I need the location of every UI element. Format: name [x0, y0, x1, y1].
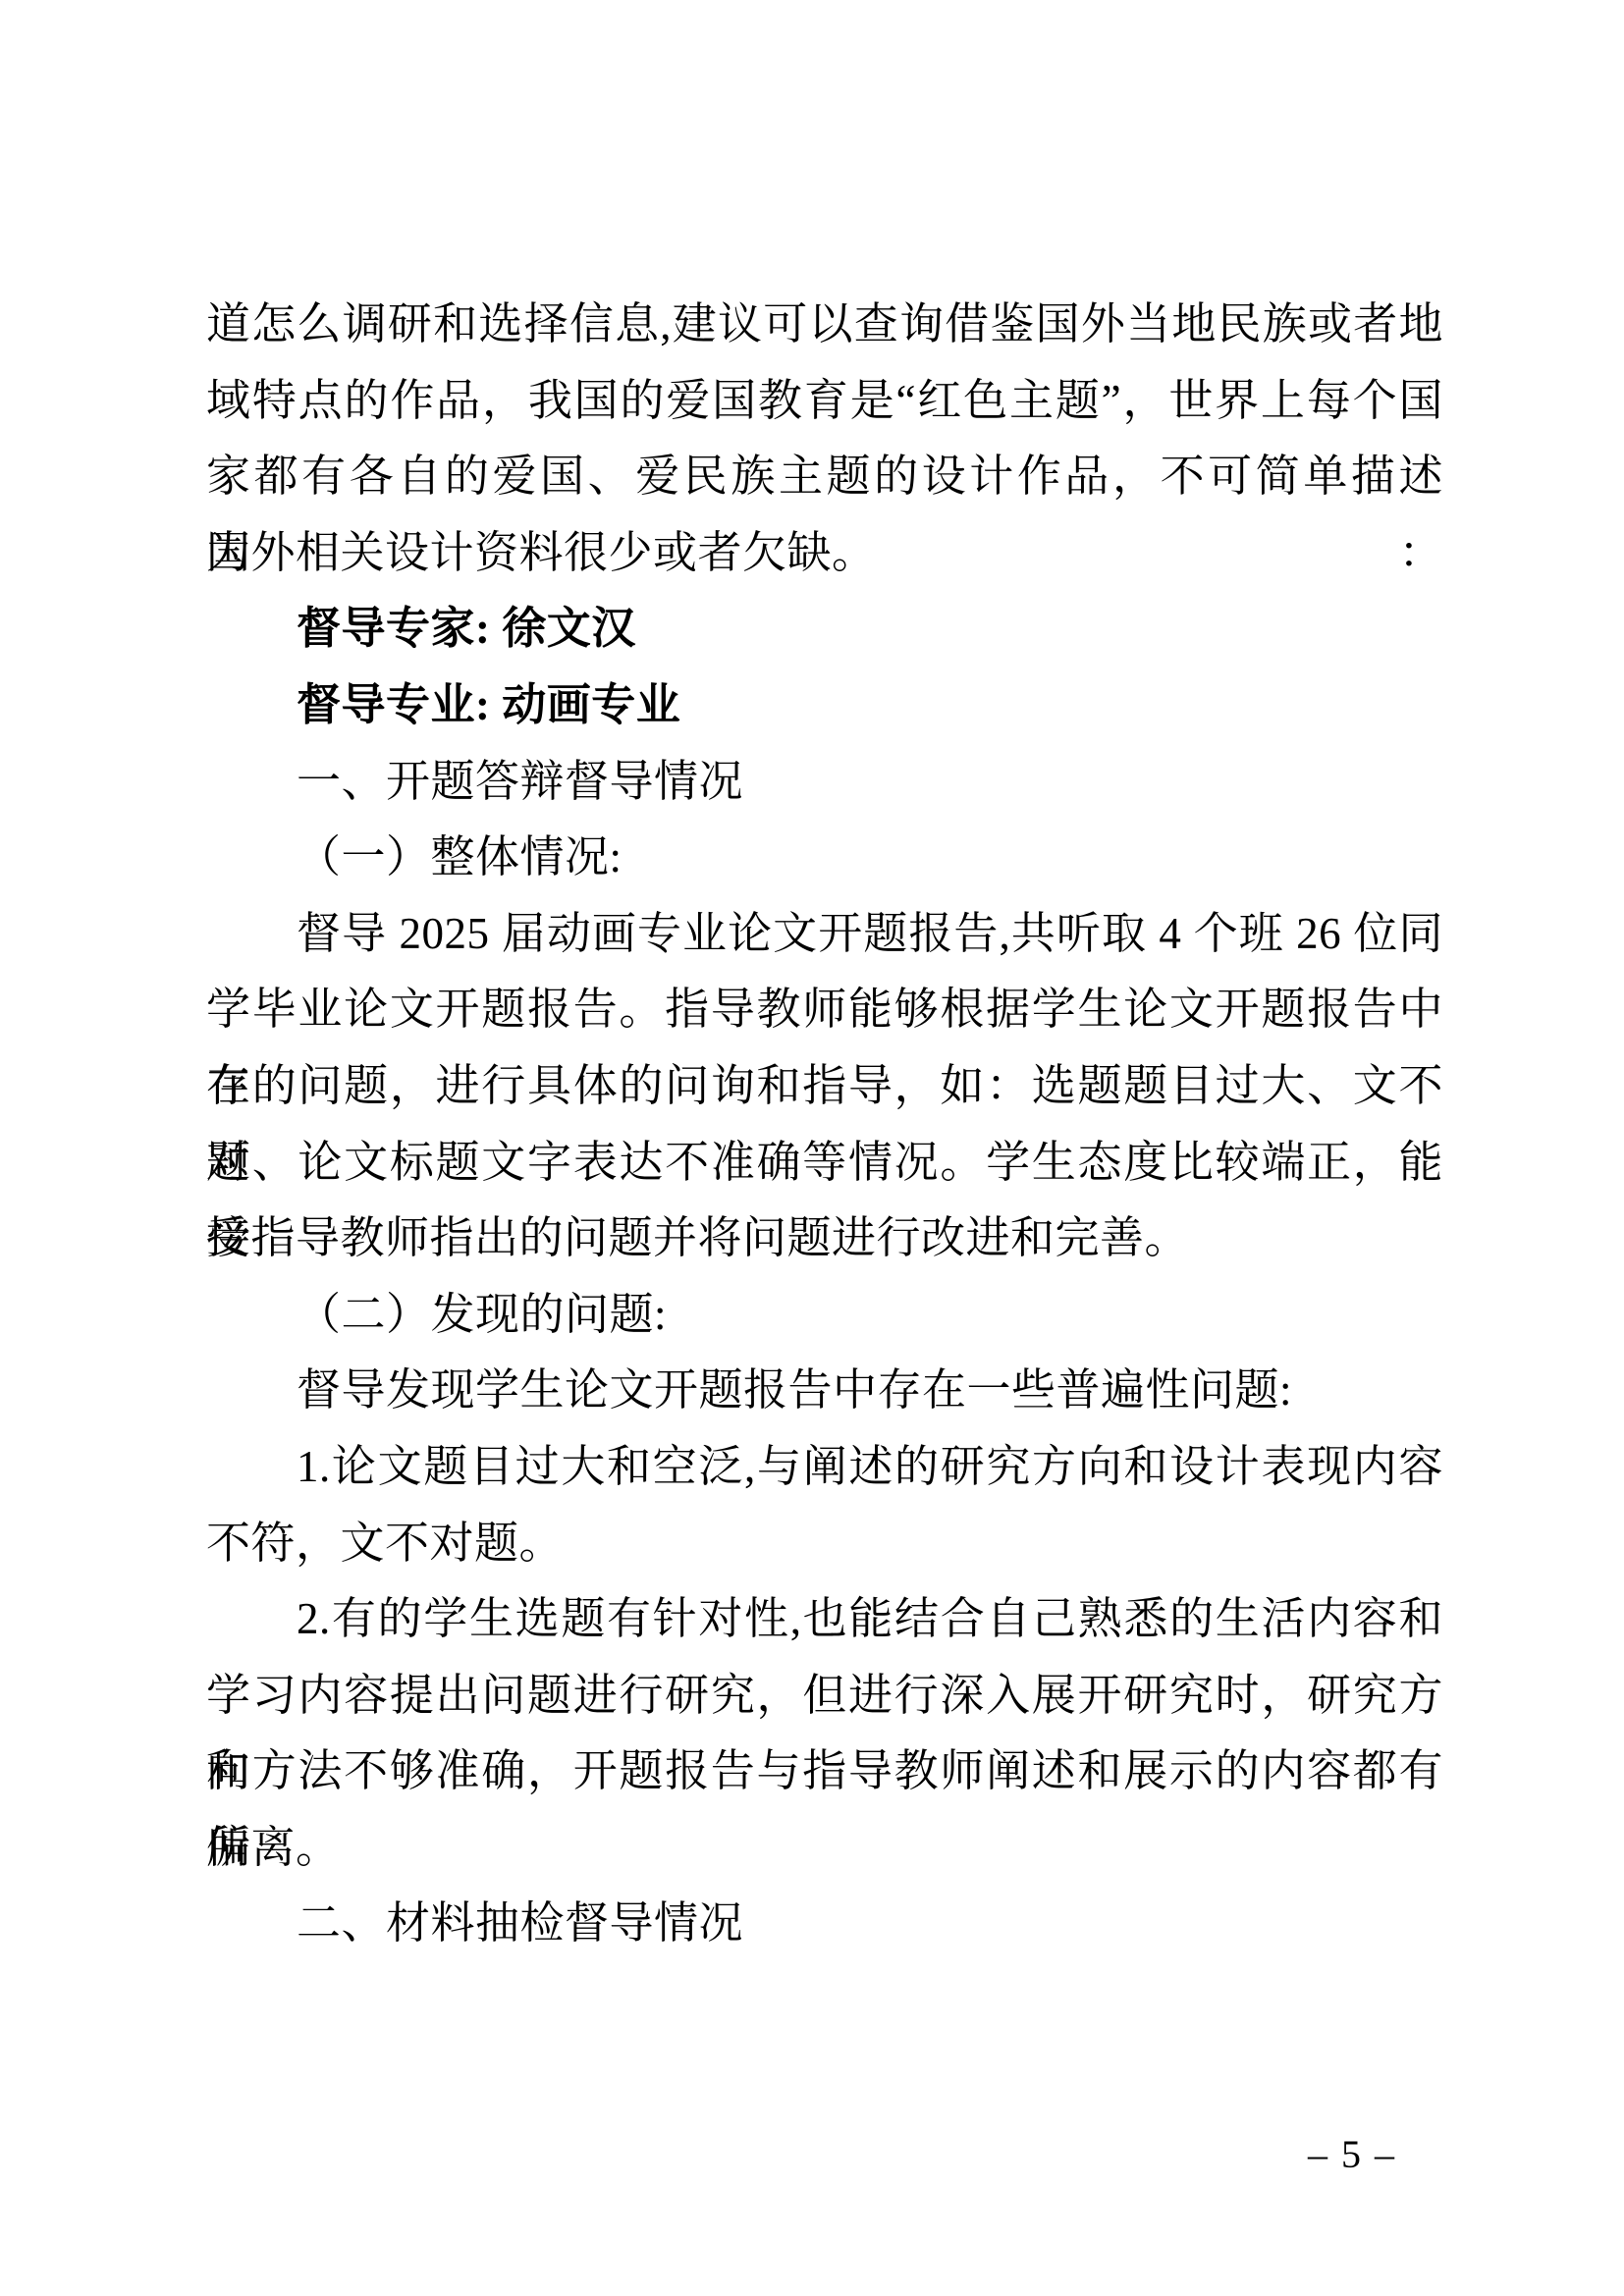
body-line: 督导 2025 届动画专业论文开题报告,共听取 4 个班 26 位同 [206, 896, 1443, 973]
body-line: 督导发现学生论文开题报告中存在一些普遍性问题: [206, 1353, 1443, 1429]
numbered-item-2-line: 学习内容提出问题进行研究，但进行深入展开研究时，研究方向 [206, 1658, 1443, 1735]
body-line: 域特点的作品，我国的爱国教育是“红色主题”，世界上每个国 [206, 363, 1443, 440]
body-line: 受指导教师指出的问题并将问题进行改进和完善。 [206, 1201, 1443, 1277]
subsection-1-2-heading: （二）发现的问题: [206, 1277, 1443, 1354]
numbered-item-2-line: 2.有的学生选题有针对性,也能结合自己熟悉的生活内容和 [206, 1581, 1443, 1658]
section-1-heading: 一、开题答辩督导情况 [206, 744, 1443, 821]
body-line: 题、论文标题文字表达不准确等情况。学生态度比较端正，能接 [206, 1125, 1443, 1201]
page-number: – 5 – [1308, 2132, 1396, 2177]
body-line: 道怎么调研和选择信息,建议可以查询借鉴国外当地民族或者地 [206, 287, 1443, 363]
numbered-item-1-line: 1.论文题目过大和空泛,与阐述的研究方向和设计表现内容 [206, 1429, 1443, 1506]
subsection-1-1-heading: （一）整体情况: [206, 820, 1443, 896]
body-line: 在的问题，进行具体的问询和指导，如：选题题目过大、文不对 [206, 1048, 1443, 1125]
body-line: 学毕业论文开题报告。指导教师能够根据学生论文开题报告中存 [206, 972, 1443, 1048]
section-2-heading: 二、材料抽检督导情况 [206, 1886, 1443, 1962]
supervisor-expert-line: 督导专家: 徐文汉 [206, 591, 1443, 667]
numbered-item-2-line: 偏离。 [206, 1810, 1443, 1887]
document-page: 道怎么调研和选择信息,建议可以查询借鉴国外当地民族或者地 域特点的作品，我国的爱… [0, 0, 1624, 2296]
numbered-item-1-line: 不符，文不对题。 [206, 1506, 1443, 1582]
supervisor-major-line: 督导专业: 动画专业 [206, 667, 1443, 744]
body-line: 家都有各自的爱国、爱民族主题的设计作品，不可简单描述为： [206, 439, 1443, 515]
numbered-item-2-line: 和方法不够准确，开题报告与指导教师阐述和展示的内容都有所 [206, 1734, 1443, 1810]
text-block: 道怎么调研和选择信息,建议可以查询借鉴国外当地民族或者地 域特点的作品，我国的爱… [206, 287, 1443, 1962]
